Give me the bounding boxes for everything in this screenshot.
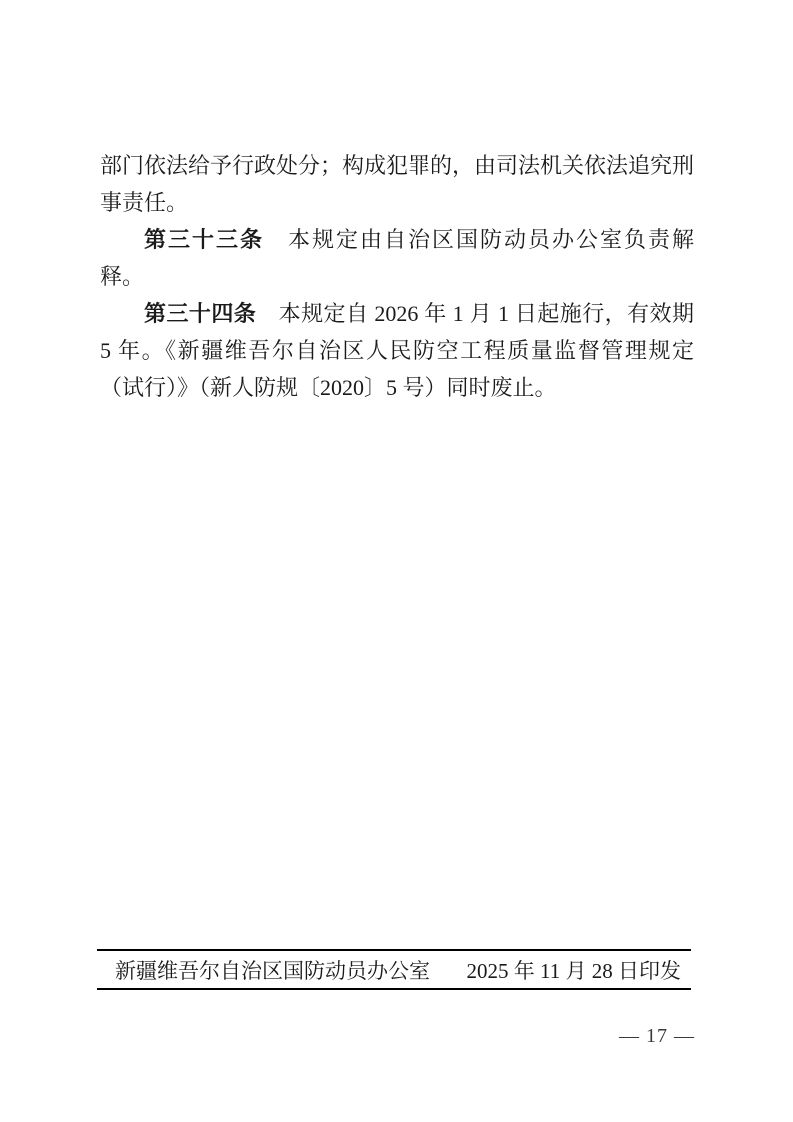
document-page: 部门依法给予行政处分；构成犯罪的，由司法机关依法追究刑事责任。第三十三条 本规定… xyxy=(0,0,793,1122)
paragraph: 第三十四条 本规定自 2026 年 1 月 1 日起施行，有效期 5 年。《新疆… xyxy=(100,295,694,406)
article-number: 第三十三条 xyxy=(144,227,264,252)
paragraph: 部门依法给予行政处分；构成犯罪的，由司法机关依法追究刑事责任。 xyxy=(100,147,694,221)
footer-colophon: 新疆维吾尔自治区国防动员办公室 2025 年 11 月 28 日印发 xyxy=(97,949,691,990)
paragraph-text: 部门依法给予行政处分；构成犯罪的，由司法机关依法追究刑事责任。 xyxy=(100,153,694,215)
page-number: — 17 — xyxy=(619,1025,695,1048)
document-body: 部门依法给予行政处分；构成犯罪的，由司法机关依法追究刑事责任。第三十三条 本规定… xyxy=(100,147,694,406)
footer-issuer: 新疆维吾尔自治区国防动员办公室 xyxy=(115,955,430,985)
article-number: 第三十四条 xyxy=(144,301,256,326)
footer-print-date: 2025 年 11 月 28 日印发 xyxy=(467,955,681,985)
paragraph: 第三十三条 本规定由自治区国防动员办公室负责解释。 xyxy=(100,221,694,295)
